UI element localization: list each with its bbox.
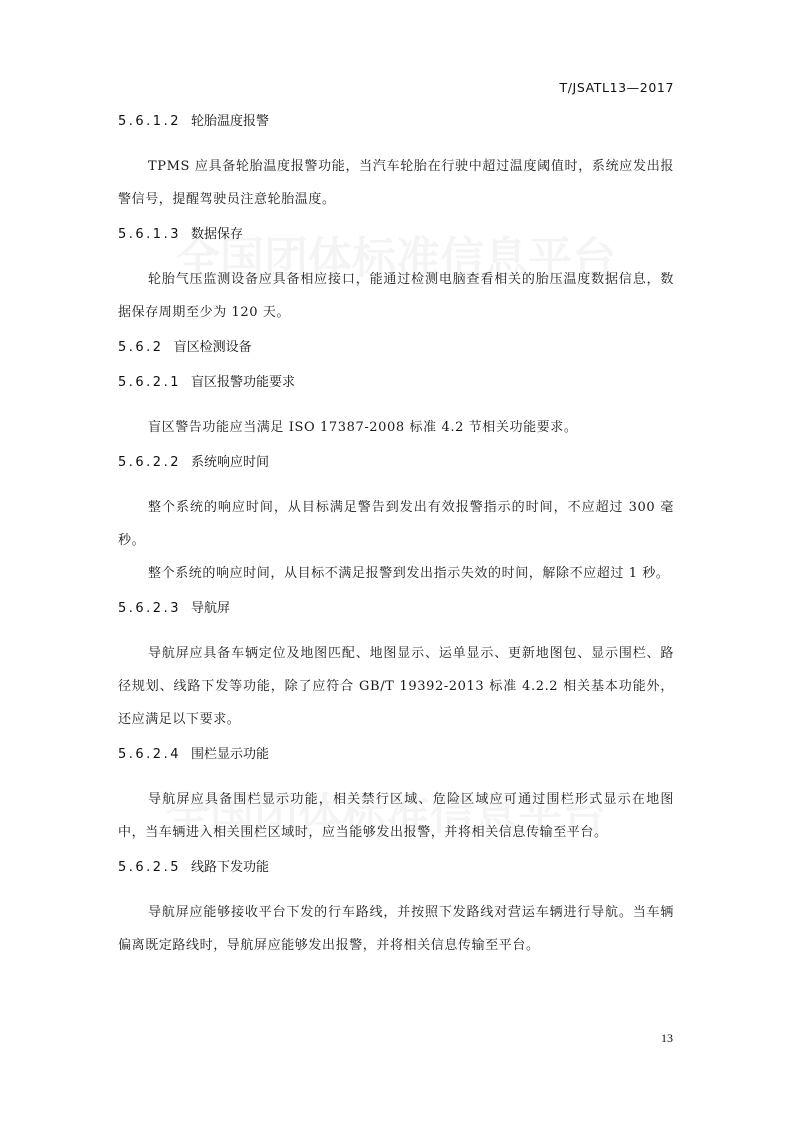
section-heading: 5.6.2.2系统响应时间: [118, 453, 674, 473]
document-code: T/JSATL13—2017: [560, 80, 675, 95]
section-title: 数据保存: [191, 227, 243, 242]
section-heading: 5.6.1.2轮胎温度报警: [118, 112, 674, 132]
paragraph: 导航屏应具备车辆定位及地图匹配、地图显示、运单显示、更新地图包、显示围栏、路径规…: [118, 637, 674, 736]
section-heading: 5.6.1.3数据保存: [118, 225, 674, 245]
document-body: 5.6.1.2轮胎温度报警 TPMS 应具备轮胎温度报警功能，当汽车轮胎在行驶中…: [118, 112, 674, 962]
paragraph: 盲区警告功能应当满足 ISO 17387-2008 标准 4.2 节相关功能要求…: [118, 411, 674, 444]
section-heading: 5.6.2.1盲区报警功能要求: [118, 373, 674, 393]
page-number: 13: [661, 1031, 673, 1046]
section-title: 系统响应时间: [191, 455, 269, 470]
section-title: 轮胎温度报警: [191, 114, 269, 129]
section-title: 盲区报警功能要求: [191, 375, 295, 390]
section-number: 5.6.2.2: [118, 453, 181, 473]
section-title: 导航屏: [191, 601, 230, 616]
section-title: 围栏显示功能: [191, 747, 269, 762]
document-page: T/JSATL13—2017 全国团体标准信息平台 全国团体标准信息平台 5.6…: [0, 0, 794, 1123]
paragraph: 导航屏应能够接收平台下发的行车路线，并按照下发路线对营运车辆进行导航。当车辆偏离…: [118, 896, 674, 962]
section-number: 5.6.2: [118, 338, 164, 358]
section-number: 5.6.2.5: [118, 858, 181, 878]
section-number: 5.6.1.2: [118, 112, 181, 132]
section-number: 5.6.2.1: [118, 373, 181, 393]
paragraph: 整个系统的响应时间，从目标不满足报警到发出指示失效的时间，解除不应超过 1 秒。: [118, 557, 674, 590]
section-heading: 5.6.2盲区检测设备: [118, 338, 674, 358]
paragraph: 导航屏应具备围栏显示功能，相关禁行区域、危险区域应可通过围栏形式显示在地图中，当…: [118, 783, 674, 849]
section-number: 5.6.2.4: [118, 745, 181, 765]
section-title: 线路下发功能: [191, 860, 269, 875]
paragraph: TPMS 应具备轮胎温度报警功能，当汽车轮胎在行驶中超过温度阈值时，系统应发出报…: [118, 150, 674, 216]
section-title: 盲区检测设备: [174, 340, 252, 355]
section-heading: 5.6.2.4围栏显示功能: [118, 745, 674, 765]
paragraph: 整个系统的响应时间，从目标满足警告到发出有效报警指示的时间，不应超过 300 毫…: [118, 491, 674, 557]
section-heading: 5.6.2.3导航屏: [118, 599, 674, 619]
section-number: 5.6.2.3: [118, 599, 181, 619]
section-number: 5.6.1.3: [118, 225, 181, 245]
paragraph: 轮胎气压监测设备应具备相应接口，能通过检测电脑查看相关的胎压温度数据信息，数据保…: [118, 263, 674, 329]
section-heading: 5.6.2.5线路下发功能: [118, 858, 674, 878]
